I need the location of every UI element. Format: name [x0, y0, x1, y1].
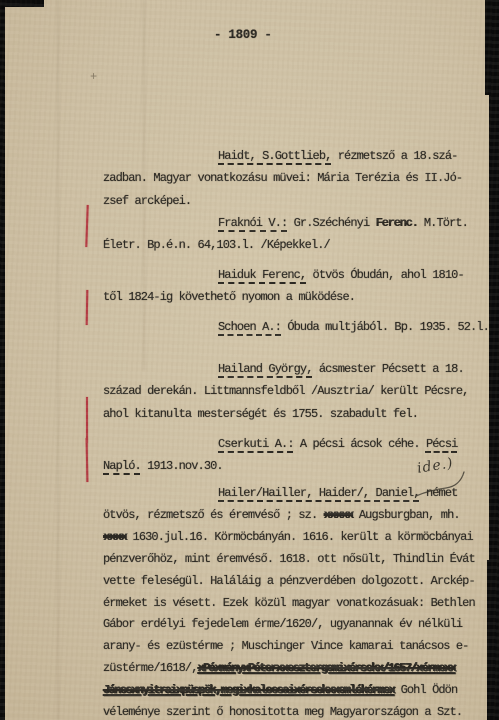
paper-crease: [57, 0, 59, 720]
page-number: - 1809 -: [214, 28, 272, 42]
text-segment: 1630.jul.16. Körmöcbányán. 1616. került …: [126, 530, 473, 544]
entry-paragraph: Fraknói V.: Gr.Széchényi Ferenc. M.Tört.…: [103, 212, 488, 257]
entry-paragraph: Hailer/Hailler, Haider/, Daniel, németöt…: [103, 483, 488, 720]
red-margin-mark: [86, 438, 89, 482]
struck-out-segment: xPáxmányxPéterxxesztergomixérsekx/1657/x…: [198, 661, 456, 675]
text-segment: A pécsi ácsok céhe.: [294, 437, 426, 451]
text-line: ahol kitanulta mesterségét és 1755. szab…: [103, 403, 488, 425]
text-line: Schoen A.: Óbuda multjából. Bp. 1935. 52…: [103, 316, 488, 338]
underlined-heading-segment: Pécsi: [426, 437, 458, 451]
scan-edge-right-bottom: [487, 560, 491, 720]
text-line: Jánosxnyitraixpüspök,megixkalocsaixérsek…: [103, 680, 488, 702]
entry-paragraph: Schoen A.: Óbuda multjából. Bp. 1935. 52…: [103, 316, 488, 338]
text-segment: arany- és ezüstérme ; Muschinger Vince k…: [103, 639, 468, 653]
text-segment: század derekán. Littmannsfeldből /Ausztr…: [103, 384, 468, 398]
text-line: század derekán. Littmannsfeldből /Ausztr…: [103, 380, 488, 402]
red-margin-mark: [86, 397, 88, 443]
underlined-heading-segment: Schoen A.:: [218, 320, 281, 334]
scanned-document-page: - 1809 - + Haidt, S.Gottlieb, rézmetsző …: [0, 0, 499, 720]
entry-paragraph: Hailand György, ácsmester Pécsett a 18.s…: [103, 358, 488, 425]
scan-edge-right-top: [485, 0, 491, 95]
text-line: pénzverőhöz, mint éremvéső. 1618. ott nő…: [103, 549, 488, 571]
text-line: zadban. Magyar vonatkozásu müvei: Mária …: [103, 167, 488, 189]
text-segment: 1913.nov.30.: [141, 459, 223, 473]
text-segment: vette feleségül. Haláláig a pénzverdében…: [103, 574, 475, 588]
struck-out-segment: xxxxx: [324, 508, 353, 522]
text-segment: zsef arcképei.: [103, 194, 191, 208]
text-segment: M.Tört.: [418, 216, 468, 230]
scan-edge-left: [0, 0, 5, 720]
text-line: ötvös, rézmetsző és éremvéső ; sz. xxxxx…: [103, 505, 488, 527]
struck-out-segment: Jánosxnyitraixpüspök,megixkalocsaixérsek…: [103, 683, 394, 697]
underlined-heading-segment: Hailand György,: [218, 362, 313, 376]
red-margin-mark: [86, 290, 89, 325]
text-line: Gábor erdélyi fejedelem érme/1620/, ugya…: [103, 614, 488, 636]
text-segment: től 1824-ig követhető nyomon a müködése.: [103, 290, 355, 304]
text-line: érmeket is vésett. Ezek közül magyar von…: [103, 593, 488, 615]
text-line: Cserkuti A.: A pécsi ácsok céhe. Pécsi: [103, 433, 488, 455]
text-segment: ötvös Óbudán, ahol 1810-: [306, 268, 464, 282]
underlined-heading-segment: Fraknói V.:: [218, 216, 287, 230]
text-segment: Ferenc.: [376, 216, 418, 230]
text-line: Haidt, S.Gottlieb, rézmetsző a 18.szá-: [103, 145, 488, 167]
text-line: Hailand György, ácsmester Pécsett a 18.: [103, 358, 488, 380]
text-line: züstérme/1618/,xPáxmányxPéterxxesztergom…: [103, 658, 488, 680]
text-segment: Gohl Ödön: [394, 683, 457, 697]
text-line: zsef arcképei.: [103, 190, 488, 212]
text-line: Fraknói V.: Gr.Széchényi Ferenc. M.Tört.: [103, 212, 488, 234]
text-segment: ácsmester Pécsett a 18.: [313, 362, 464, 376]
text-segment: rézmetsző a 18.szá-: [331, 149, 457, 163]
text-segment: ötvös, rézmetsző és éremvéső ; sz.: [103, 508, 324, 522]
entry-paragraph: Haidt, S.Gottlieb, rézmetsző a 18.szá-za…: [103, 145, 488, 212]
handwritten-connector-stroke: [398, 462, 468, 502]
text-line: től 1824-ig követhető nyomon a müködése.: [103, 286, 488, 308]
text-line: véleménye szerint ő honositotta meg Magy…: [103, 702, 488, 720]
text-segment: Augsburgban, mh.: [353, 508, 460, 522]
text-line: xxxx 1630.jul.16. Körmöcbányán. 1616. ke…: [103, 527, 488, 549]
text-segment: Óbuda multjából. Bp. 1935. 52.l.: [281, 320, 489, 334]
text-segment: Gr.Széchényi: [287, 216, 375, 230]
text-segment: Életr. Bp.é.n. 64,103.l. /Képekkel./: [103, 238, 330, 252]
text-line: Életr. Bp.é.n. 64,103.l. /Képekkel./: [103, 234, 488, 256]
underlined-heading-segment: Haidt, S.Gottlieb,: [218, 149, 331, 163]
text-segment: érmeket is vésett. Ezek közül magyar von…: [103, 596, 475, 610]
underlined-heading-segment: Napló.: [103, 459, 141, 473]
text-segment: ahol kitanulta mesterségét és 1755. szab…: [103, 407, 418, 421]
text-segment: zadban. Magyar vonatkozásu müvei: Mária …: [103, 171, 462, 185]
underlined-heading-segment: Haiduk Ferenc,: [218, 268, 306, 282]
pencil-plus-mark: +: [90, 70, 97, 84]
text-line: arany- és ezüstérme ; Muschinger Vince k…: [103, 636, 488, 658]
text-segment: pénzverőhöz, mint éremvéső. 1618. ott nő…: [103, 552, 475, 566]
underlined-heading-segment: Cserkuti A.:: [218, 437, 294, 451]
struck-out-segment: xxxx: [103, 530, 126, 544]
entry-paragraph: Haiduk Ferenc, ötvös Óbudán, ahol 1810-t…: [103, 264, 488, 309]
red-margin-mark: [85, 205, 88, 247]
text-segment: züstérme/1618/,: [103, 661, 198, 675]
text-line: vette feleségül. Haláláig a pénzverdében…: [103, 571, 488, 593]
underlined-heading-segment: Hailer/Hailler, Haider/, Daniel,: [218, 486, 420, 500]
text-segment: Gábor erdélyi fejedelem érme/1620/, ugya…: [103, 617, 462, 631]
text-line: Haiduk Ferenc, ötvös Óbudán, ahol 1810-: [103, 264, 488, 286]
scan-edge-top-left: [0, 0, 44, 7]
text-segment: véleménye szerint ő honositotta meg Magy…: [103, 705, 462, 719]
